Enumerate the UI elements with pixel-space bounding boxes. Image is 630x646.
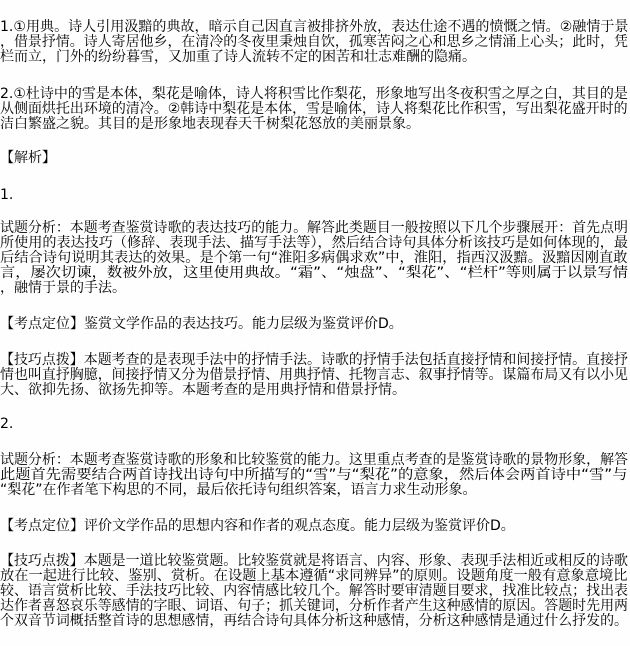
- answer-1-line-2: ，借景抒情。诗人寄居他乡，在清冷的冬夜里秉烛自饮，孤寒苦闷之心和思乡之情涌上心头…: [0, 35, 628, 49]
- q2-number: 2.: [0, 417, 13, 431]
- q1-jiqiao-line-2: 情也叫直抒胸臆，间接抒情又分为借景抒情、用典抒情、托物言志、叙事抒情等。谋篇布局…: [0, 368, 628, 382]
- q2-analysis-line-3: “梨花”在作者笔下构思的不同，最后依托诗句组织答案，语言力求生动形象。: [0, 483, 477, 497]
- analysis-heading: 【解析】: [0, 151, 56, 165]
- answer-1-line-3: 栏而立，门外的纷纷暮雪，又加重了诗人流转不定的困苦和壮志难酬的隐痛。: [0, 50, 476, 64]
- answer-2-line-1: 2.①杜诗中的雪是本体，梨花是喻体，诗人将积雪比作梨花，形象地写出冬夜积雪之厚之…: [0, 87, 628, 101]
- q2-jiqiao-line-5: 个双音节词概括整首诗的思想感情，再结合诗句具体分析这种感情，分析这种感情是通过什…: [0, 614, 628, 628]
- answer-1-line-1: 1.①用典。诗人引用汲黯的典故，暗示自己因直言被排挤外放，表达仕途不遇的愤慨之情…: [0, 20, 628, 34]
- q1-analysis-line-3: 后结合诗句说明其表达的效果。是个第一句“淮阳多病偶求欢”中，淮阳，指西汉汲黯。汲…: [0, 251, 628, 265]
- answer-2-line-3: 洁白繁盛之貌。其目的是形象地表现春天千树梨花怒放的美丽景象。: [0, 117, 420, 131]
- q1-kaodian: 【考点定位】鉴赏文学作品的表达技巧。能力层级为鉴赏评价D。: [0, 317, 403, 331]
- q2-jiqiao-line-1: 【技巧点拨】本题是一道比较鉴赏题。比较鉴赏就是将语言、内容、形象、表现手法相近或…: [0, 554, 628, 568]
- q1-number: 1.: [0, 188, 13, 202]
- q1-jiqiao-line-1: 【技巧点拨】本题考查的是表现手法中的抒情手法。诗歌的抒情手法包括直接抒情和间接抒…: [0, 353, 628, 367]
- q2-analysis-line-1: 试题分析：本题考查鉴赏诗歌的形象和比较鉴赏的能力。这里重点考查的是鉴赏诗歌的景物…: [0, 453, 628, 467]
- q1-jiqiao-line-3: 大、欲抑先扬、欲扬先抑等。本题考查的是用典抒情和借景抒情。: [0, 383, 406, 397]
- q2-jiqiao-line-4: 达作者喜怒哀乐等感情的字眼、词语、句子；抓关键词，分析作者产生这种感情的原因。答…: [0, 599, 628, 613]
- q2-jiqiao-line-2: 放在一起进行比较、鉴别、赏析。在设题上基本遵循“求同辨异”的原则。设题角度一般有…: [0, 569, 628, 583]
- q2-jiqiao-line-3: 较、语言赏析比较、手法技巧比较、内容情感比较几个。解答时要审清题目要求，找准比较…: [0, 584, 628, 598]
- q1-analysis-line-5: ，融情于景的手法。: [0, 281, 126, 295]
- answer-2-line-2: 从侧面烘托出环境的清冷。②韩诗中梨花是本体，雪是喻体，诗人将梨花比作积雪，写出梨…: [0, 102, 628, 116]
- q1-analysis-line-2: 所使用的表达技巧（修辞、表现手法、描写手法等），然后结合诗句具体分析该技巧是如何…: [0, 236, 628, 250]
- q1-analysis-line-1: 试题分析：本题考查鉴赏诗歌的表达技巧的能力。解答此类题目一般按照以下几个步骤展开…: [0, 221, 628, 235]
- q2-analysis-line-2: 此题首先需要结合两首诗找出诗句中所描写的“雪”与“梨花”的意象，然后体会两首诗中…: [0, 468, 627, 482]
- q1-analysis-line-4: 言，屡次切谏，数被外放，这里使用典故。“霜”、“烛盘”、“梨花”、“栏杆”等则属…: [0, 266, 628, 280]
- q2-kaodian: 【考点定位】评价文学作品的思想内容和作者的观点态度。能力层级为鉴赏评价D。: [0, 519, 515, 533]
